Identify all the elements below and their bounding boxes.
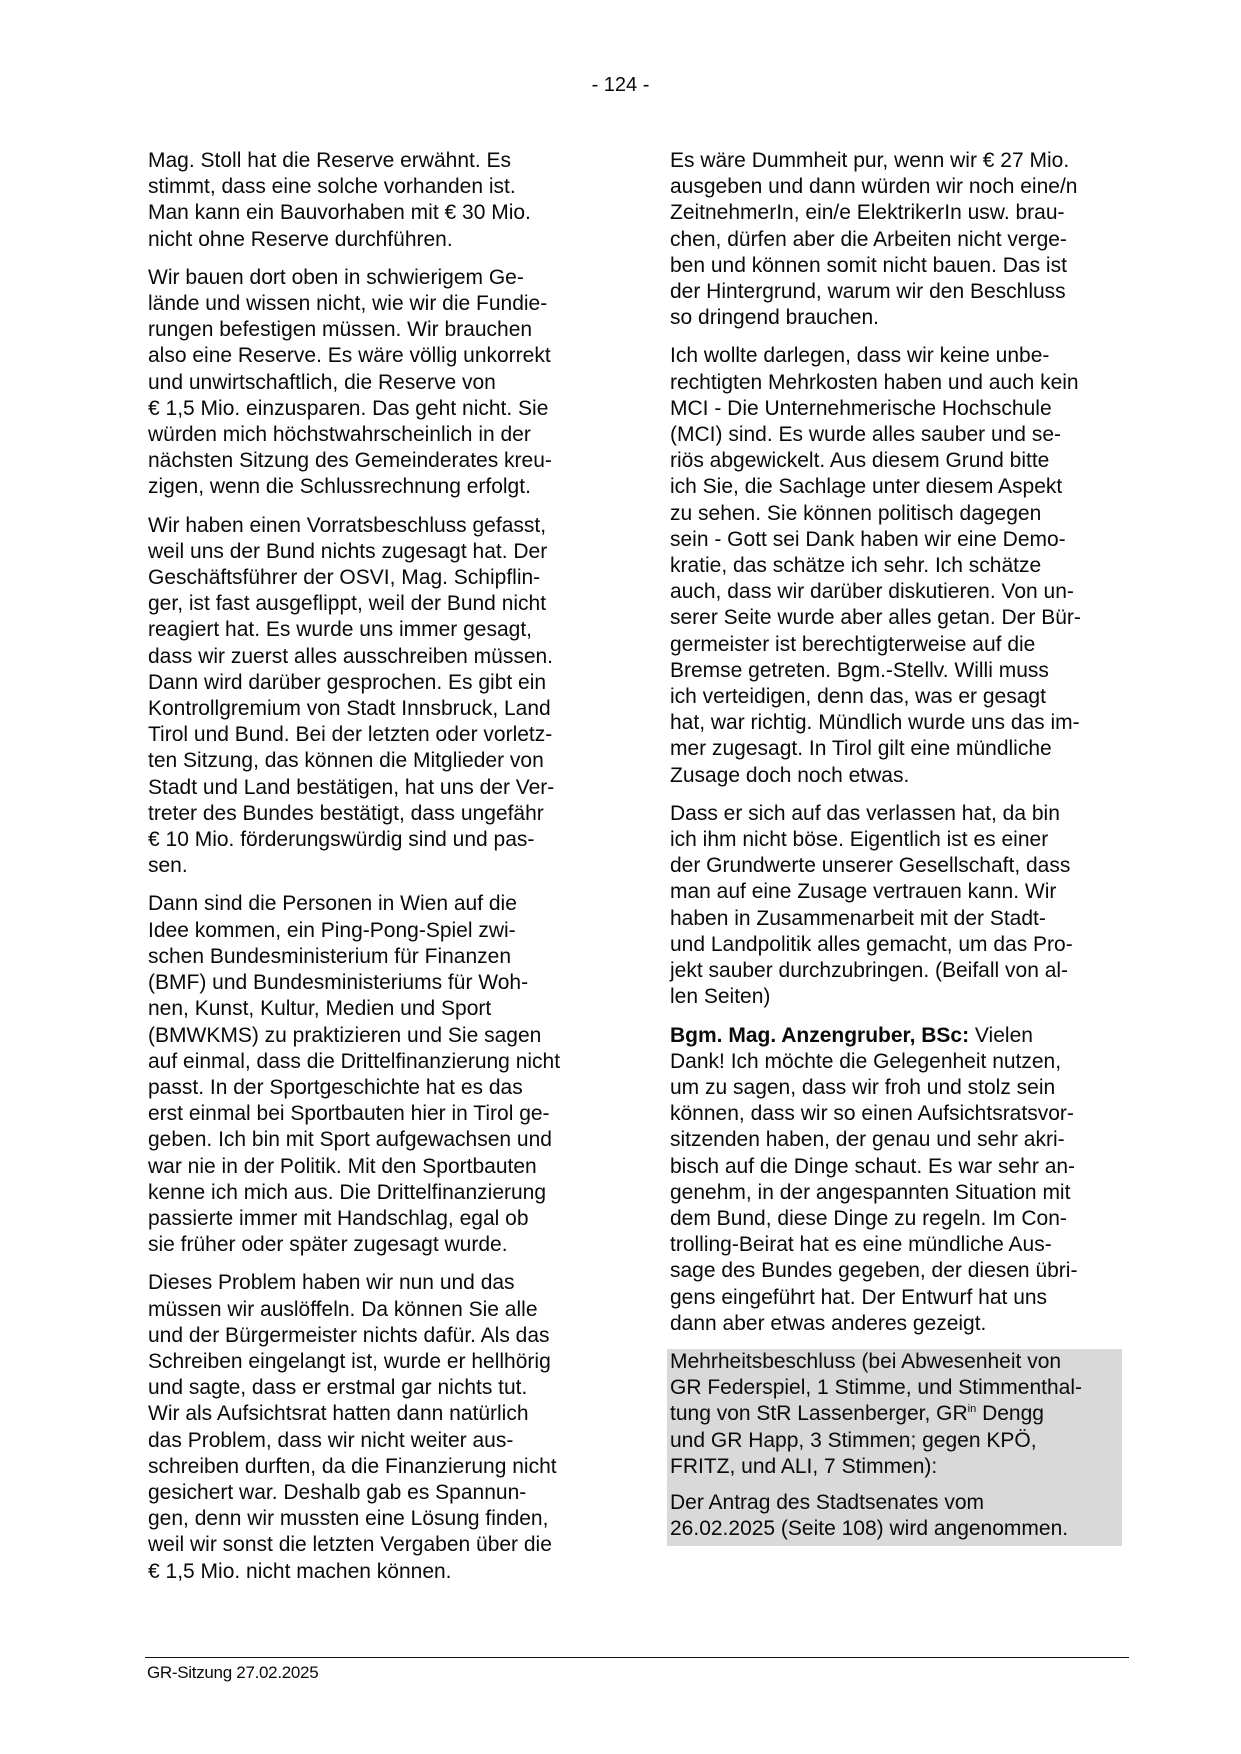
text-line: lände und wissen nicht, wie wir die Fund… xyxy=(148,291,604,317)
text-line: nen, Kunst, Kultur, Medien und Sport xyxy=(148,996,604,1022)
text-line: sen. xyxy=(148,853,604,879)
text-line: Zusage doch noch etwas. xyxy=(670,763,1130,789)
paragraph: Dass er sich auf das verlassen hat, da b… xyxy=(670,801,1130,1011)
text-line: tung von StR Lassenberger, GRin Dengg xyxy=(670,1401,1119,1427)
paragraph: Dieses Problem haben wir nun und das müs… xyxy=(148,1270,604,1584)
text-line: rechtigten Mehrkosten haben und auch kei… xyxy=(670,370,1130,396)
text-line: sage des Bundes gegeben, der diesen übri… xyxy=(670,1258,1130,1284)
footer-divider xyxy=(145,1657,1129,1658)
text-line: serer Seite wurde aber alles getan. Der … xyxy=(670,605,1130,631)
text-line: dann aber etwas anderes gezeigt. xyxy=(670,1311,1130,1337)
text-line: € 1,5 Mio. nicht machen können. xyxy=(148,1559,604,1585)
text-line: stimmt, dass eine solche vorhanden ist. xyxy=(148,174,604,200)
paragraph: Es wäre Dummheit pur, wenn wir € 27 Mio.… xyxy=(670,148,1130,331)
text-line: kenne ich mich aus. Die Drittelfinanzier… xyxy=(148,1180,604,1206)
text-line: Wir bauen dort oben in schwierigem Ge- xyxy=(148,265,604,291)
text-line: passt. In der Sportgeschichte hat es das xyxy=(148,1075,604,1101)
text-line: MCI - Die Unternehmerische Hochschule xyxy=(670,396,1130,422)
text-line: nächsten Sitzung des Gemeinderates kreu- xyxy=(148,448,604,474)
text-line: jekt sauber durchzubringen. (Beifall von… xyxy=(670,958,1130,984)
text-line: bisch auf die Dinge schaut. Es war sehr … xyxy=(670,1154,1130,1180)
text-line: ich Sie, die Sachlage unter diesem Aspek… xyxy=(670,474,1130,500)
text-line: dass wir zuerst alles ausschreiben müsse… xyxy=(148,644,604,670)
text-line: Man kann ein Bauvorhaben mit € 30 Mio. xyxy=(148,200,604,226)
text-line: um zu sagen, dass wir froh und stolz sei… xyxy=(670,1075,1130,1101)
text-line: Stadt und Land bestätigen, hat uns der V… xyxy=(148,775,604,801)
text-line: Dass er sich auf das verlassen hat, da b… xyxy=(670,801,1130,827)
text-line: Mehrheitsbeschluss (bei Abwesenheit von xyxy=(670,1349,1119,1375)
text-line: Geschäftsführer der OSVI, Mag. Schipflin… xyxy=(148,565,604,591)
text-line: (MCI) sind. Es wurde alles sauber und se… xyxy=(670,422,1130,448)
text-line: und der Bürgermeister nichts dafür. Als … xyxy=(148,1323,604,1349)
text-line: mer zugesagt. In Tirol gilt eine mündlic… xyxy=(670,736,1130,762)
text-line: schreiben durften, da die Finanzierung n… xyxy=(148,1454,604,1480)
text-line: schen Bundesministerium für Finanzen xyxy=(148,944,604,970)
page-number: - 124 - xyxy=(0,72,1241,98)
right-column: Es wäre Dummheit pur, wenn wir € 27 Mio.… xyxy=(670,148,1130,1546)
paragraph: Dann sind die Personen in Wien auf die I… xyxy=(148,891,604,1258)
text-line: der Grundwerte unserer Gesellschaft, das… xyxy=(670,853,1130,879)
text-line: weil uns der Bund nichts zugesagt hat. D… xyxy=(148,539,604,565)
text-line: Mag. Stoll hat die Reserve erwähnt. Es xyxy=(148,148,604,174)
text-line: geben. Ich bin mit Sport aufgewachsen un… xyxy=(148,1127,604,1153)
text-line: auch, dass wir darüber diskutieren. Von … xyxy=(670,579,1130,605)
text-line: FRITZ, und ALI, 7 Stimmen): xyxy=(670,1454,1119,1480)
speech-text: Vielen xyxy=(969,1024,1033,1047)
text-line: (BMF) und Bundesministeriums für Woh- xyxy=(148,970,604,996)
text-line: Es wäre Dummheit pur, wenn wir € 27 Mio. xyxy=(670,148,1130,174)
decision-text: Der Antrag des Stadtsenates vom 26.02.20… xyxy=(670,1490,1119,1544)
text-line: ausgeben und dann würden wir noch eine/n xyxy=(670,174,1130,200)
text-line: man auf eine Zusage vertrauen kann. Wir xyxy=(670,879,1130,905)
text-line: Dann sind die Personen in Wien auf die xyxy=(148,891,604,917)
text-line: und unwirtschaftlich, die Reserve von xyxy=(148,370,604,396)
text-line: ZeitnehmerIn, ein/e ElektrikerIn usw. br… xyxy=(670,200,1130,226)
text-line: hat, war richtig. Mündlich wurde uns das… xyxy=(670,710,1130,736)
text-line: Ich wollte darlegen, dass wir keine unbe… xyxy=(670,343,1130,369)
text-line: € 1,5 Mio. einzusparen. Das geht nicht. … xyxy=(148,396,604,422)
footer-session-date: GR-Sitzung 27.02.2025 xyxy=(147,1662,318,1684)
text-line: Wir haben einen Vorratsbeschluss gefasst… xyxy=(148,513,604,539)
superscript: in xyxy=(968,1403,977,1415)
text-line: erst einmal bei Sportbauten hier in Tiro… xyxy=(148,1101,604,1127)
resolution-box: Mehrheitsbeschluss (bei Abwesenheit von … xyxy=(667,1349,1122,1546)
text-line: können, dass wir so einen Aufsichtsratsv… xyxy=(670,1101,1130,1127)
text-line: 26.02.2025 (Seite 108) wird angenommen. xyxy=(670,1516,1119,1542)
paragraph: Mag. Stoll hat die Reserve erwähnt. Es s… xyxy=(148,148,604,253)
text-fragment: Dengg xyxy=(976,1402,1044,1425)
text-line: gen, denn wir mussten eine Lösung finden… xyxy=(148,1506,604,1532)
text-line: und Landpolitik alles gemacht, um das Pr… xyxy=(670,932,1130,958)
text-line: Idee kommen, ein Ping-Pong-Spiel zwi- xyxy=(148,918,604,944)
text-line: der Hintergrund, warum wir den Beschluss xyxy=(670,279,1130,305)
text-line: Kontrollgremium von Stadt Innsbruck, Lan… xyxy=(148,696,604,722)
text-line: sitzenden haben, der genau und sehr akri… xyxy=(670,1127,1130,1153)
text-line: auf einmal, dass die Drittelfinanzierung… xyxy=(148,1049,604,1075)
text-line: so dringend brauchen. xyxy=(670,305,1130,331)
paragraph: Wir haben einen Vorratsbeschluss gefasst… xyxy=(148,513,604,880)
speech-paragraph: Bgm. Mag. Anzengruber, BSc: Vielen Dank!… xyxy=(670,1023,1130,1337)
text-line: passierte immer mit Handschlag, egal ob xyxy=(148,1206,604,1232)
text-line: also eine Reserve. Es wäre völlig unkorr… xyxy=(148,343,604,369)
text-line: nicht ohne Reserve durchführen. xyxy=(148,227,604,253)
text-line: ben und können somit nicht bauen. Das is… xyxy=(670,253,1130,279)
text-line: genehm, in der angespannten Situation mi… xyxy=(670,1180,1130,1206)
left-column: Mag. Stoll hat die Reserve erwähnt. Es s… xyxy=(148,148,604,1597)
text-line: müssen wir auslöffeln. Da können Sie all… xyxy=(148,1297,604,1323)
text-line: treter des Bundes bestätigt, dass ungefä… xyxy=(148,801,604,827)
text-line: ich verteidigen, denn das, was er gesagt xyxy=(670,684,1130,710)
text-line: Tirol und Bund. Bei der letzten oder vor… xyxy=(148,722,604,748)
text-line: war nie in der Politik. Mit den Sportbau… xyxy=(148,1154,604,1180)
text-line: und sagte, dass er erstmal gar nichts tu… xyxy=(148,1375,604,1401)
text-line: gesichert war. Deshalb gab es Spannun- xyxy=(148,1480,604,1506)
text-line: germeister ist berechtigterweise auf die xyxy=(670,632,1130,658)
text-line: Dank! Ich möchte die Gelegenheit nutzen, xyxy=(670,1049,1130,1075)
text-line: sein - Gott sei Dank haben wir eine Demo… xyxy=(670,527,1130,553)
text-line: € 10 Mio. förderungswürdig sind und pas- xyxy=(148,827,604,853)
text-line: rungen befestigen müssen. Wir brauchen xyxy=(148,317,604,343)
text-line: chen, dürfen aber die Arbeiten nicht ver… xyxy=(670,227,1130,253)
text-line: ten Sitzung, das können die Mitglieder v… xyxy=(148,748,604,774)
paragraph: Ich wollte darlegen, dass wir keine unbe… xyxy=(670,343,1130,788)
speaker-name: Bgm. Mag. Anzengruber, BSc: xyxy=(670,1024,969,1047)
text-line: und GR Happ, 3 Stimmen; gegen KPÖ, xyxy=(670,1428,1119,1454)
text-line: GR Federspiel, 1 Stimme, und Stimmenthal… xyxy=(670,1375,1119,1401)
text-fragment: tung von StR Lassenberger, GR xyxy=(670,1402,968,1425)
vote-result: Mehrheitsbeschluss (bei Abwesenheit von … xyxy=(670,1349,1119,1490)
text-line: ich ihm nicht böse. Eigentlich ist es ei… xyxy=(670,827,1130,853)
text-line: Dann wird darüber gesprochen. Es gibt ei… xyxy=(148,670,604,696)
text-line: Bgm. Mag. Anzengruber, BSc: Vielen xyxy=(670,1023,1130,1049)
text-line: weil wir sonst die letzten Vergaben über… xyxy=(148,1532,604,1558)
text-line: kratie, das schätze ich sehr. Ich schätz… xyxy=(670,553,1130,579)
text-line: sie früher oder später zugesagt wurde. xyxy=(148,1232,604,1258)
text-line: (BMWKMS) zu praktizieren und Sie sagen xyxy=(148,1023,604,1049)
text-line: ger, ist fast ausgeflippt, weil der Bund… xyxy=(148,591,604,617)
text-line: dem Bund, diese Dinge zu regeln. Im Con- xyxy=(670,1206,1130,1232)
text-line: gens eingeführt hat. Der Entwurf hat uns xyxy=(670,1285,1130,1311)
text-line: trolling-Beirat hat es eine mündliche Au… xyxy=(670,1232,1130,1258)
text-line: das Problem, dass wir nicht weiter aus- xyxy=(148,1428,604,1454)
text-line: haben in Zusammenarbeit mit der Stadt- xyxy=(670,906,1130,932)
text-line: zu sehen. Sie können politisch dagegen xyxy=(670,501,1130,527)
text-line: reagiert hat. Es wurde uns immer gesagt, xyxy=(148,617,604,643)
text-line: Bremse getreten. Bgm.-Stellv. Willi muss xyxy=(670,658,1130,684)
text-line: Dieses Problem haben wir nun und das xyxy=(148,1270,604,1296)
text-line: riös abgewickelt. Aus diesem Grund bitte xyxy=(670,448,1130,474)
paragraph: Wir bauen dort oben in schwierigem Ge- l… xyxy=(148,265,604,501)
text-line: zigen, wenn die Schlussrechnung erfolgt. xyxy=(148,474,604,500)
text-line: würden mich höchstwahrscheinlich in der xyxy=(148,422,604,448)
text-line: Wir als Aufsichtsrat hatten dann natürli… xyxy=(148,1401,604,1427)
text-line: Schreiben eingelangt ist, wurde er hellh… xyxy=(148,1349,604,1375)
text-line: Der Antrag des Stadtsenates vom xyxy=(670,1490,1119,1516)
text-line: len Seiten) xyxy=(670,984,1130,1010)
